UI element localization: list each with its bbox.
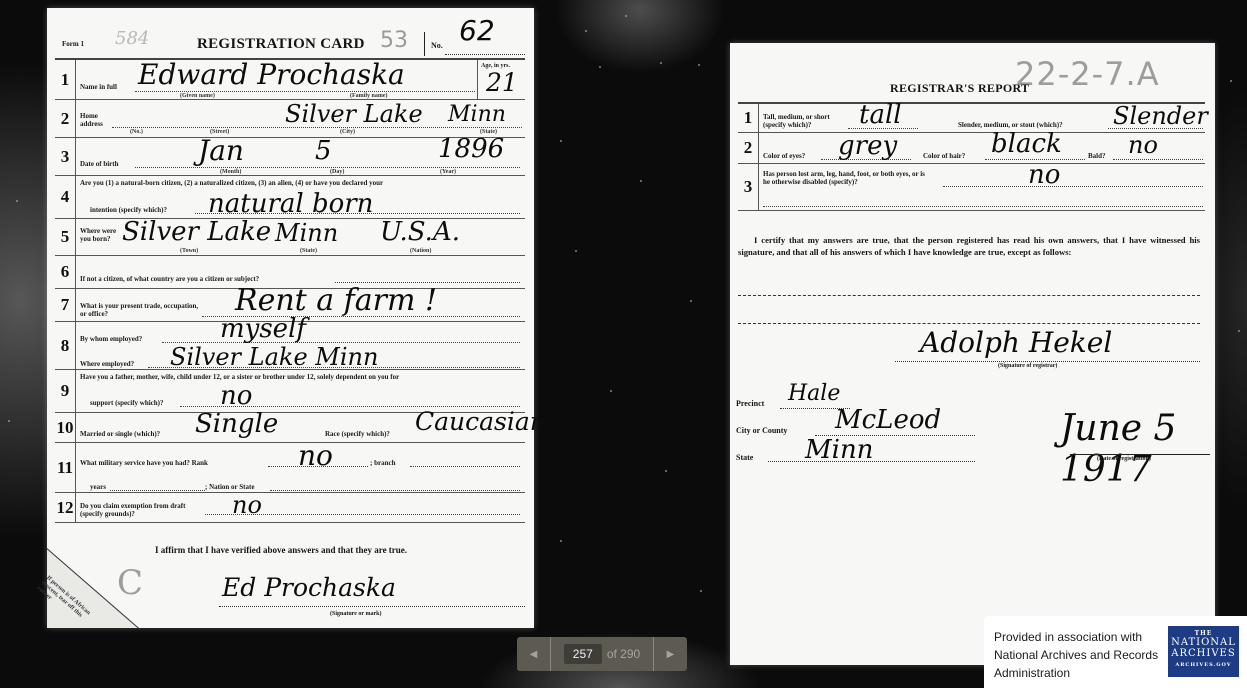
divider	[738, 323, 1200, 324]
row-number: 3	[738, 164, 759, 210]
divider	[763, 206, 1203, 207]
divider	[135, 167, 520, 168]
value-year: 1896	[438, 134, 504, 164]
divider	[1070, 454, 1210, 455]
question-citizenship: Are you (1) a natural-born citizen, (2) …	[80, 179, 525, 187]
divider	[219, 606, 525, 607]
value-eyes: grey	[838, 131, 897, 161]
attribution-box: Provided in association with National Ar…	[984, 616, 1247, 688]
label-exemption: Do you claim exemption from draft (speci…	[80, 502, 200, 518]
value-dependents: no	[220, 381, 252, 411]
triangle-left-icon: ◀	[530, 649, 538, 660]
card-number: 62	[459, 14, 495, 47]
divider	[410, 466, 520, 467]
value-race: Caucasian	[415, 407, 546, 436]
value-age: 21	[486, 68, 518, 97]
row-employer: 8 By whom employed? myself Where employe…	[55, 322, 525, 370]
report-title: REGISTRAR'S REPORT	[890, 81, 1029, 96]
row-number: 12	[55, 493, 76, 522]
value-marital: Single	[195, 409, 278, 439]
value-birth-town: Silver Lake	[122, 217, 271, 247]
registrant-signature: Ed Prochaska	[222, 573, 396, 602]
divider	[135, 91, 475, 92]
registration-card: Form 1 584 REGISTRATION CARD 53 No. 62 1…	[47, 8, 534, 628]
row-number: 10	[55, 413, 76, 442]
triangle-right-icon: ▶	[667, 649, 675, 660]
label-nation-state: ; Nation or State	[205, 483, 254, 491]
divider	[110, 490, 205, 491]
row-number: 5	[55, 219, 76, 255]
prev-page-button[interactable]: ◀	[517, 637, 550, 671]
registrar-signature-caption: (Signature of registrar)	[998, 363, 1057, 369]
value-employer: myself	[220, 314, 306, 344]
file-stamp: 22-2-7.A	[1015, 55, 1160, 93]
sub-city: (City)	[340, 129, 355, 135]
row-disability: 3 Has person lost arm, leg, hand, foot, …	[738, 164, 1205, 211]
sub-town: (Town)	[180, 248, 198, 254]
question-dependents: Have you a father, mother, wife, child u…	[80, 373, 525, 381]
value-month: Jan	[198, 134, 244, 167]
age-box: Age, in yrs. 21	[477, 60, 525, 99]
label-workplace: Where employed?	[80, 360, 134, 368]
sub-month: (Month)	[220, 169, 241, 175]
row-number: 4	[55, 176, 76, 218]
row-address: 2 Home address Silver Lake Minn (No.) (S…	[55, 100, 525, 138]
sub-family: (Family name)	[350, 93, 388, 99]
value-birth-nation: U.S.A.	[380, 217, 460, 247]
row-coloring: 2 Color of eyes? grey Color of hair? bla…	[738, 133, 1205, 164]
label-precinct: Precinct	[736, 399, 764, 408]
sub-state: (State)	[300, 248, 317, 254]
label-eyes: Color of eyes?	[763, 152, 805, 160]
page-total: of 290	[607, 647, 640, 661]
page-number-input[interactable]: 257	[564, 644, 602, 664]
report-rows: 1 Tall, medium, or short (specify which)…	[738, 102, 1205, 211]
value-state: Minn	[448, 102, 506, 127]
label-disability: Has person lost arm, leg, hand, foot, or…	[763, 170, 933, 186]
divider	[1113, 159, 1203, 160]
value-name: Edward Prochaska	[138, 58, 405, 91]
row-number: 9	[55, 370, 76, 412]
national-archives-logo[interactable]: THE NATIONAL ARCHIVES ARCHIVES.GOV	[1168, 626, 1239, 677]
divider	[270, 490, 520, 491]
divider	[943, 186, 1203, 187]
label-intention: intention (specify which)?	[90, 206, 167, 214]
registrars-report: 22-2-7.A REGISTRAR'S REPORT 1 Tall, medi…	[730, 43, 1215, 665]
affirmation: I affirm that I have verified above answ…	[155, 545, 407, 555]
row-number: 2	[738, 133, 759, 163]
pencil-number: 584	[115, 28, 149, 49]
registration-rows: 1 Name in full Edward Prochaska (Given n…	[55, 58, 525, 523]
divider	[738, 295, 1200, 296]
row-exemption: 12 Do you claim exemption from draft (sp…	[55, 493, 525, 523]
label-height: Tall, medium, or short (specify which)?	[763, 113, 853, 129]
label-hair: Color of hair?	[923, 152, 965, 160]
label-name: Name in full	[80, 83, 117, 91]
label-county: City or County	[736, 426, 787, 435]
row-birthdate: 3 Date of birth Jan 5 1896 (Month) (Day)…	[55, 138, 525, 176]
value-disability: no	[1028, 160, 1060, 190]
row-number: 8	[55, 322, 76, 369]
value-county: McLeod	[835, 405, 941, 435]
value-workplace: Silver Lake Minn	[170, 343, 378, 371]
divider	[445, 54, 525, 55]
certification-text: I certify that my answers are true, that…	[738, 234, 1200, 258]
label-foreign-citizenship: If not a citizen, of what country are yo…	[80, 275, 259, 283]
signature-caption: (Signature or mark)	[330, 611, 381, 617]
row-name: 1 Name in full Edward Prochaska (Given n…	[55, 60, 525, 100]
value-military: no	[298, 439, 333, 472]
label-military: What military service have you had? Rank	[80, 459, 208, 467]
value-precinct: Hale	[788, 381, 840, 406]
value-build: Slender	[1113, 102, 1208, 130]
next-page-button[interactable]: ▶	[654, 637, 687, 671]
sub-no: (No.)	[130, 129, 143, 135]
row-number: 1	[738, 104, 759, 132]
label-race: Race (specify which)?	[325, 430, 390, 438]
label-birthplace: Where were you born?	[80, 227, 120, 243]
row-citizenship: 4 Are you (1) a natural-born citizen, (2…	[55, 176, 525, 219]
sub-day: (Day)	[330, 169, 344, 175]
label-address: Home address	[80, 112, 108, 128]
row-number: 3	[55, 138, 76, 175]
sub-nation: (Nation)	[410, 248, 431, 254]
row-military: 11 What military service have you had? R…	[55, 443, 525, 493]
row-number: 11	[55, 443, 76, 492]
card-title: REGISTRATION CARD	[197, 36, 365, 53]
serial-pencil: 53	[380, 28, 408, 53]
row-number: 7	[55, 289, 76, 321]
logo-the: THE	[1168, 626, 1239, 637]
value-occupation: Rent a farm !	[235, 283, 437, 318]
value-city: Silver Lake	[285, 100, 423, 128]
divider	[424, 32, 425, 56]
value-bald: no	[1128, 131, 1158, 159]
logo-line1: NATIONAL	[1168, 637, 1239, 648]
logo-line2: ARCHIVES	[1168, 648, 1239, 659]
row-number: 2	[55, 100, 76, 137]
logo-url: ARCHIVES.GOV	[1168, 662, 1239, 668]
label-state: State	[736, 453, 753, 462]
registrar-signature: Adolph Hekel	[920, 326, 1112, 359]
label-birthdate: Date of birth	[80, 160, 119, 168]
attribution-text: Provided in association with National Ar…	[994, 628, 1169, 682]
value-birth-state: Minn	[275, 219, 338, 247]
value-exemption: no	[232, 491, 262, 519]
registration-date: June 5 1917	[1060, 408, 1215, 490]
label-marital: Married or single (which)?	[80, 430, 160, 438]
label-years: years	[90, 483, 106, 491]
value-state: Minn	[805, 435, 873, 465]
row-build: 1 Tall, medium, or short (specify which)…	[738, 104, 1205, 133]
value-hair: black	[991, 129, 1062, 159]
row-marital-race: 10 Married or single (which)? Single Rac…	[55, 413, 525, 443]
row-number: 1	[55, 60, 76, 99]
value-day: 5	[315, 136, 332, 166]
divider	[895, 361, 1200, 362]
value-citizenship: natural born	[208, 189, 373, 219]
label-employer: By whom employed?	[80, 335, 142, 343]
corner-mark: C	[117, 563, 143, 603]
no-label: No.	[431, 41, 443, 50]
label-support: support (specify which)?	[90, 399, 164, 407]
value-height: tall	[859, 100, 902, 130]
label-branch: ; branch	[370, 459, 395, 467]
sub-year: (Year)	[440, 169, 456, 175]
page-navigator: ◀ 257 of 290 ▶	[517, 637, 687, 671]
label-occupation: What is your present trade, occupation, …	[80, 302, 200, 318]
form-label: Form 1	[62, 40, 84, 48]
label-bald: Bald?	[1088, 152, 1106, 160]
page-indicator: 257 of 290	[551, 644, 653, 664]
sub-given: (Given name)	[180, 93, 215, 99]
label-build: Slender, medium, or stout (which)?	[958, 121, 1063, 129]
date-caption: (Date of registration)	[1097, 456, 1151, 462]
row-birthplace: 5 Where were you born? Silver Lake Minn …	[55, 219, 525, 256]
row-number: 6	[55, 256, 76, 288]
